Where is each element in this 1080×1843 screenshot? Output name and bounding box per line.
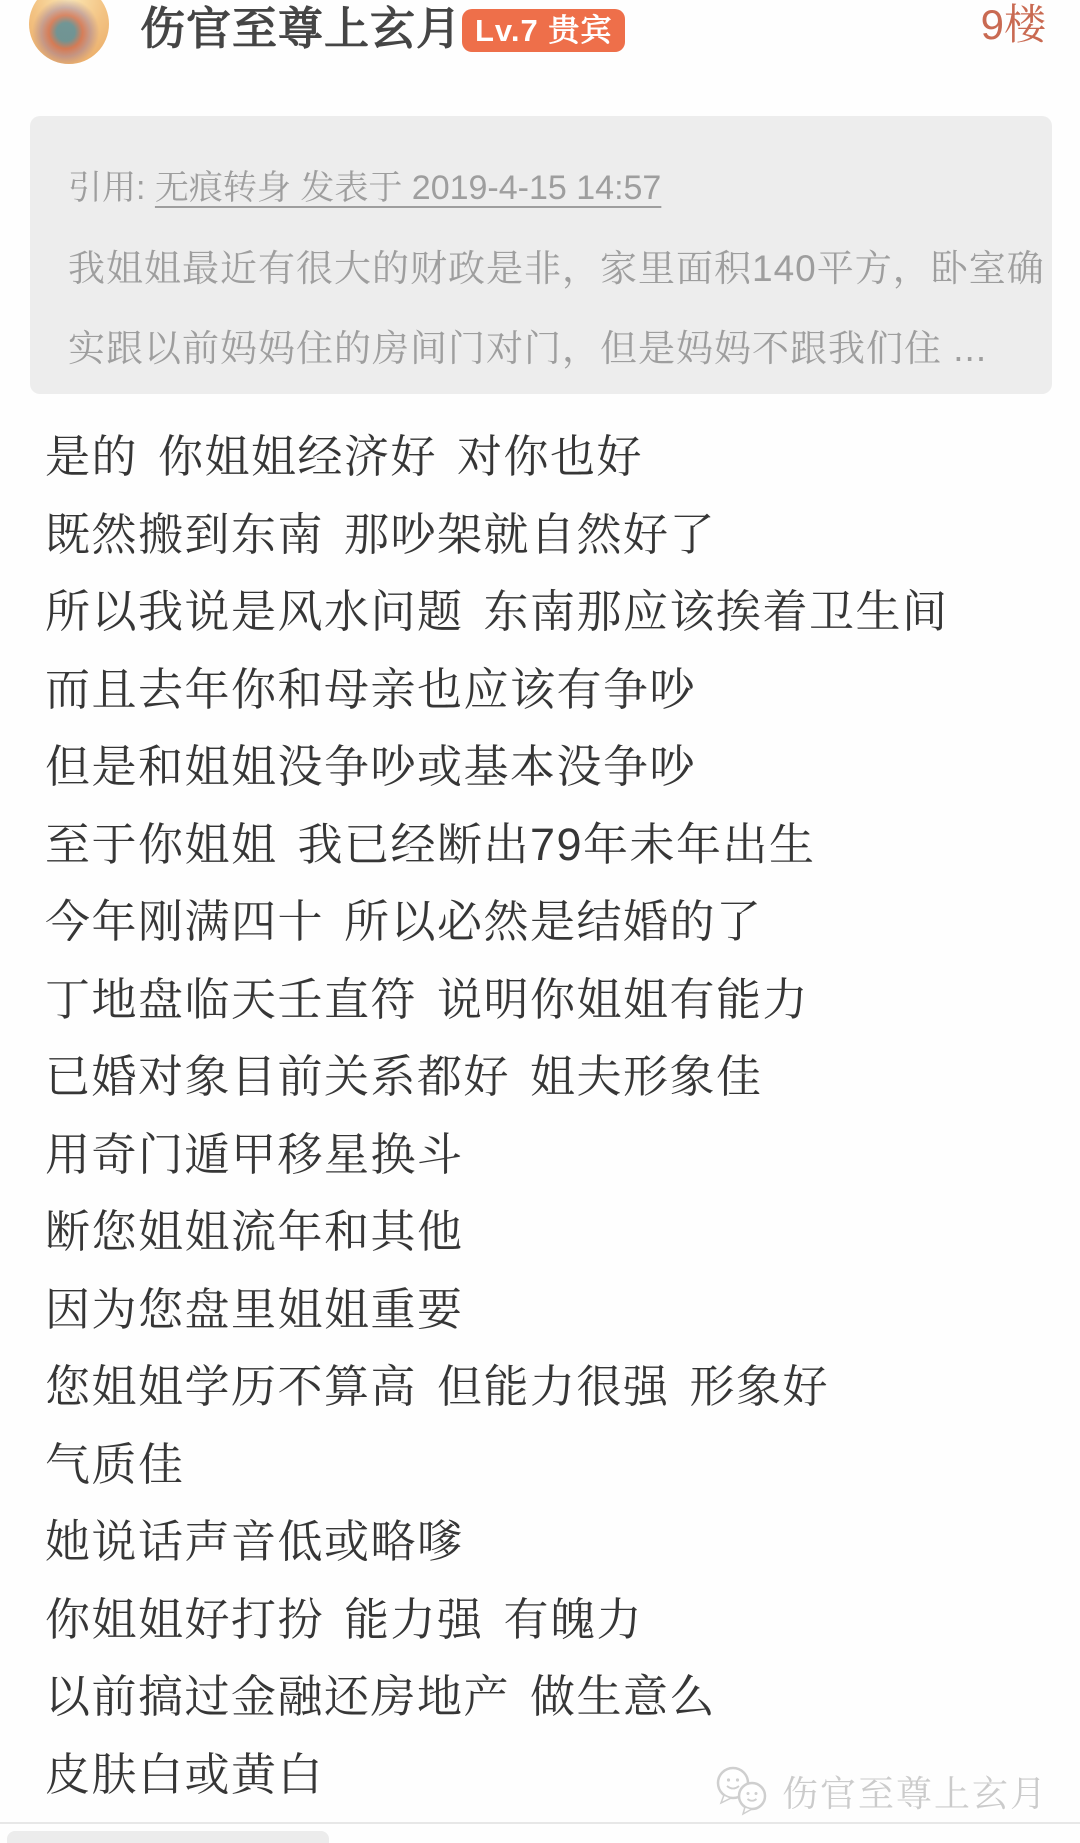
- watermark-text: 伤官至尊上玄月: [782, 1766, 1048, 1817]
- quote-source-link[interactable]: 无痕转身 发表于 2019-4-15 14:57: [155, 169, 661, 207]
- post-content-line: 而且去年你和母亲也应该有争吵: [45, 651, 1060, 729]
- post-content-line: 因为您盘里姐姐重要: [45, 1271, 1060, 1349]
- quote-body: 我姐姐最近有很大的财政是非，家里面积140平方，卧室确实跟以前妈妈住的房间门对门…: [68, 229, 1045, 389]
- post-content-line: 您姐姐学历不算高 但能力很强 形象好: [45, 1348, 1060, 1426]
- post-content-line: 今年刚满四十 所以必然是结婚的了: [45, 883, 1060, 961]
- post-content-line: 断您姐姐流年和其他: [45, 1193, 1060, 1271]
- post-content-line: 所以我说是风水问题 东南那应该挨着卫生间: [45, 573, 1060, 651]
- author-name[interactable]: 伤官至尊上玄月: [140, 6, 462, 52]
- quote-line: 实跟以前妈妈住的房间门对门，但是妈妈不跟我们住 ...: [68, 309, 1045, 389]
- post-content-line: 她说话声音低或略嗲: [45, 1503, 1060, 1581]
- chat-bubbles-icon: [712, 1763, 774, 1819]
- post-content-line: 已婚对象目前关系都好 姐夫形象佳: [45, 1038, 1060, 1116]
- post-content-line: 是的 你姐姐经济好 对你也好: [45, 418, 1060, 496]
- avatar[interactable]: [29, 0, 109, 64]
- post-content-line: 但是和姐姐没争吵或基本没争吵: [45, 728, 1060, 806]
- post-content-line: 既然搬到东南 那吵架就自然好了: [45, 496, 1060, 574]
- post-content-line: 至于你姐姐 我已经断出79年未年出生: [45, 806, 1060, 884]
- quote-line: 我姐姐最近有很大的财政是非，家里面积140平方，卧室确: [68, 229, 1045, 309]
- post-content-line: 气质佳: [45, 1426, 1060, 1504]
- bottom-divider: [0, 1822, 1080, 1824]
- post-content-line: 以前搞过金融还房地产 做生意么: [45, 1658, 1060, 1736]
- level-badge: Lv.7 贵宾: [462, 9, 625, 52]
- post-content-line: 丁地盘临天壬直符 说明你姐姐有能力: [45, 961, 1060, 1039]
- quote-block: 引用: 无痕转身 发表于 2019-4-15 14:57 我姐姐最近有很大的财政…: [30, 116, 1052, 394]
- quote-prefix: 引用:: [68, 169, 155, 207]
- quote-header: 引用: 无痕转身 发表于 2019-4-15 14:57: [68, 160, 661, 209]
- next-block-peek: [7, 1831, 329, 1843]
- forum-post-page: 伤官至尊上玄月 Lv.7 贵宾 9楼 引用: 无痕转身 发表于 2019-4-1…: [0, 0, 1080, 1843]
- floor-number: 9楼: [981, 2, 1046, 48]
- post-content: 是的 你姐姐经济好 对你也好既然搬到东南 那吵架就自然好了所以我说是风水问题 东…: [45, 418, 1060, 1813]
- watermark: 伤官至尊上玄月: [712, 1763, 1048, 1819]
- post-content-line: 你姐姐好打扮 能力强 有魄力: [45, 1581, 1060, 1659]
- post-content-line: 用奇门遁甲移星换斗: [45, 1116, 1060, 1194]
